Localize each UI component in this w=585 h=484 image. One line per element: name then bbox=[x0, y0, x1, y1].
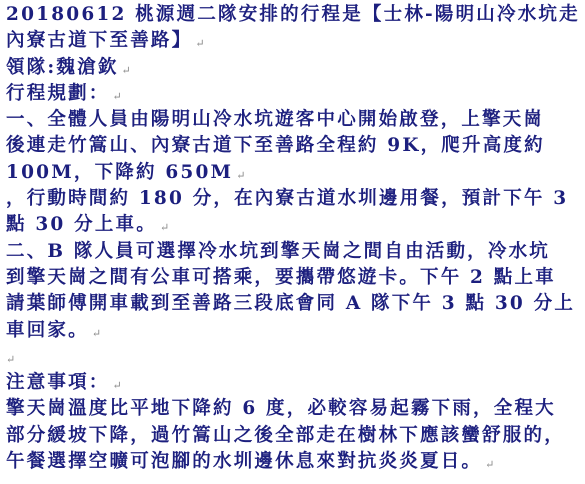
paragraph-mark-icon: ↵ bbox=[92, 327, 101, 340]
itinerary-item-1-line-2: 後連走竹篙山、內寮古道下至善路全程約 9K，爬升高度約 bbox=[6, 133, 584, 159]
itinerary-item-1-line-3: 100M，下降約 650M↵ bbox=[6, 160, 584, 186]
paragraph-mark-icon: ↵ bbox=[195, 37, 204, 50]
line-text: 一、全體人員由陽明山冷水坑遊客中心開始啟登，上擎天崗 bbox=[6, 109, 544, 130]
line-text: ，行動時間約 180 分，在內寮古道水圳邊用餐，預計下午 3 bbox=[6, 188, 568, 209]
paragraph-mark-icon: ↵ bbox=[122, 64, 131, 77]
line-text: 後連走竹篙山、內寮古道下至善路全程約 9K，爬升高度約 bbox=[6, 135, 545, 156]
paragraph-mark-icon: ↵ bbox=[113, 379, 122, 392]
line-text: 領隊:魏滄欽 bbox=[6, 57, 119, 78]
itinerary-item-2-line-3: 請葉師傅開車載到至善路三段底會同 A 隊下午 3 點 30 分上 bbox=[6, 291, 584, 317]
line-text: 點 30 分上車。 bbox=[6, 214, 157, 235]
line-text: 20180612 桃源週二隊安排的行程是【士林-陽明山冷水坑走 bbox=[6, 4, 580, 25]
leader-line: 領隊:魏滄欽↵ bbox=[6, 55, 584, 81]
paragraph-mark-icon: ↵ bbox=[485, 458, 494, 471]
line-text: 請葉師傅開車載到至善路三段底會同 A 隊下午 3 點 30 分上 bbox=[6, 293, 575, 314]
notes-line-1: 擎天崗溫度比平地下降約 6 度，必較容易起霧下雨，全程大 bbox=[6, 396, 584, 422]
line-text: 注意事項： bbox=[6, 372, 110, 393]
itinerary-item-1-line-4: ，行動時間約 180 分，在內寮古道水圳邊用餐，預計下午 3 bbox=[6, 186, 584, 212]
paragraph-mark-icon: ↵ bbox=[236, 169, 245, 182]
empty-line: ↵ bbox=[6, 344, 584, 370]
notes-line-3: 午餐選擇空曠可泡腳的水圳邊休息來對抗炎炎夏日。↵ bbox=[6, 449, 584, 475]
itinerary-item-1-line-1: 一、全體人員由陽明山冷水坑遊客中心開始啟登，上擎天崗 bbox=[6, 107, 584, 133]
notes-line-2: 部分緩坡下降，過竹篙山之後全部走在樹林下應該蠻舒服的， bbox=[6, 423, 584, 449]
line-text: 內寮古道下至善路】 bbox=[6, 30, 192, 51]
itinerary-item-2-line-2: 到擎天崗之間有公車可搭乘，要攜帶悠遊卡。下午 2 點上車 bbox=[6, 265, 584, 291]
line-text: 車回家。 bbox=[6, 320, 89, 341]
line-text: 100M，下降約 650M bbox=[6, 162, 233, 183]
line-text: 擎天崗溫度比平地下降約 6 度，必較容易起霧下雨，全程大 bbox=[6, 398, 556, 419]
line-text: 部分緩坡下降，過竹篙山之後全部走在樹林下應該蠻舒服的， bbox=[6, 425, 565, 446]
title-line-1: 20180612 桃源週二隊安排的行程是【士林-陽明山冷水坑走 bbox=[6, 2, 584, 28]
itinerary-heading: 行程規劃：↵ bbox=[6, 81, 584, 107]
line-text: 行程規劃： bbox=[6, 83, 110, 104]
line-text: 到擎天崗之間有公車可搭乘，要攜帶悠遊卡。下午 2 點上車 bbox=[6, 267, 556, 288]
title-line-2: 內寮古道下至善路】↵ bbox=[6, 28, 584, 54]
itinerary-item-2-line-4: 車回家。↵ bbox=[6, 318, 584, 344]
paragraph-mark-icon: ↵ bbox=[113, 90, 122, 103]
paragraph-mark-icon: ↵ bbox=[160, 221, 169, 234]
line-text: 二、B 隊人員可選擇冷水坑到擎天崗之間自由活動，冷水坑 bbox=[6, 241, 550, 262]
document-body: 20180612 桃源週二隊安排的行程是【士林-陽明山冷水坑走 內寮古道下至善路… bbox=[6, 2, 584, 475]
notes-heading: 注意事項：↵ bbox=[6, 370, 584, 396]
paragraph-mark-icon: ↵ bbox=[6, 353, 15, 366]
line-text: 午餐選擇空曠可泡腳的水圳邊休息來對抗炎炎夏日。 bbox=[6, 451, 482, 472]
itinerary-item-2-line-1: 二、B 隊人員可選擇冷水坑到擎天崗之間自由活動，冷水坑 bbox=[6, 239, 584, 265]
itinerary-item-1-line-5: 點 30 分上車。↵ bbox=[6, 212, 584, 238]
